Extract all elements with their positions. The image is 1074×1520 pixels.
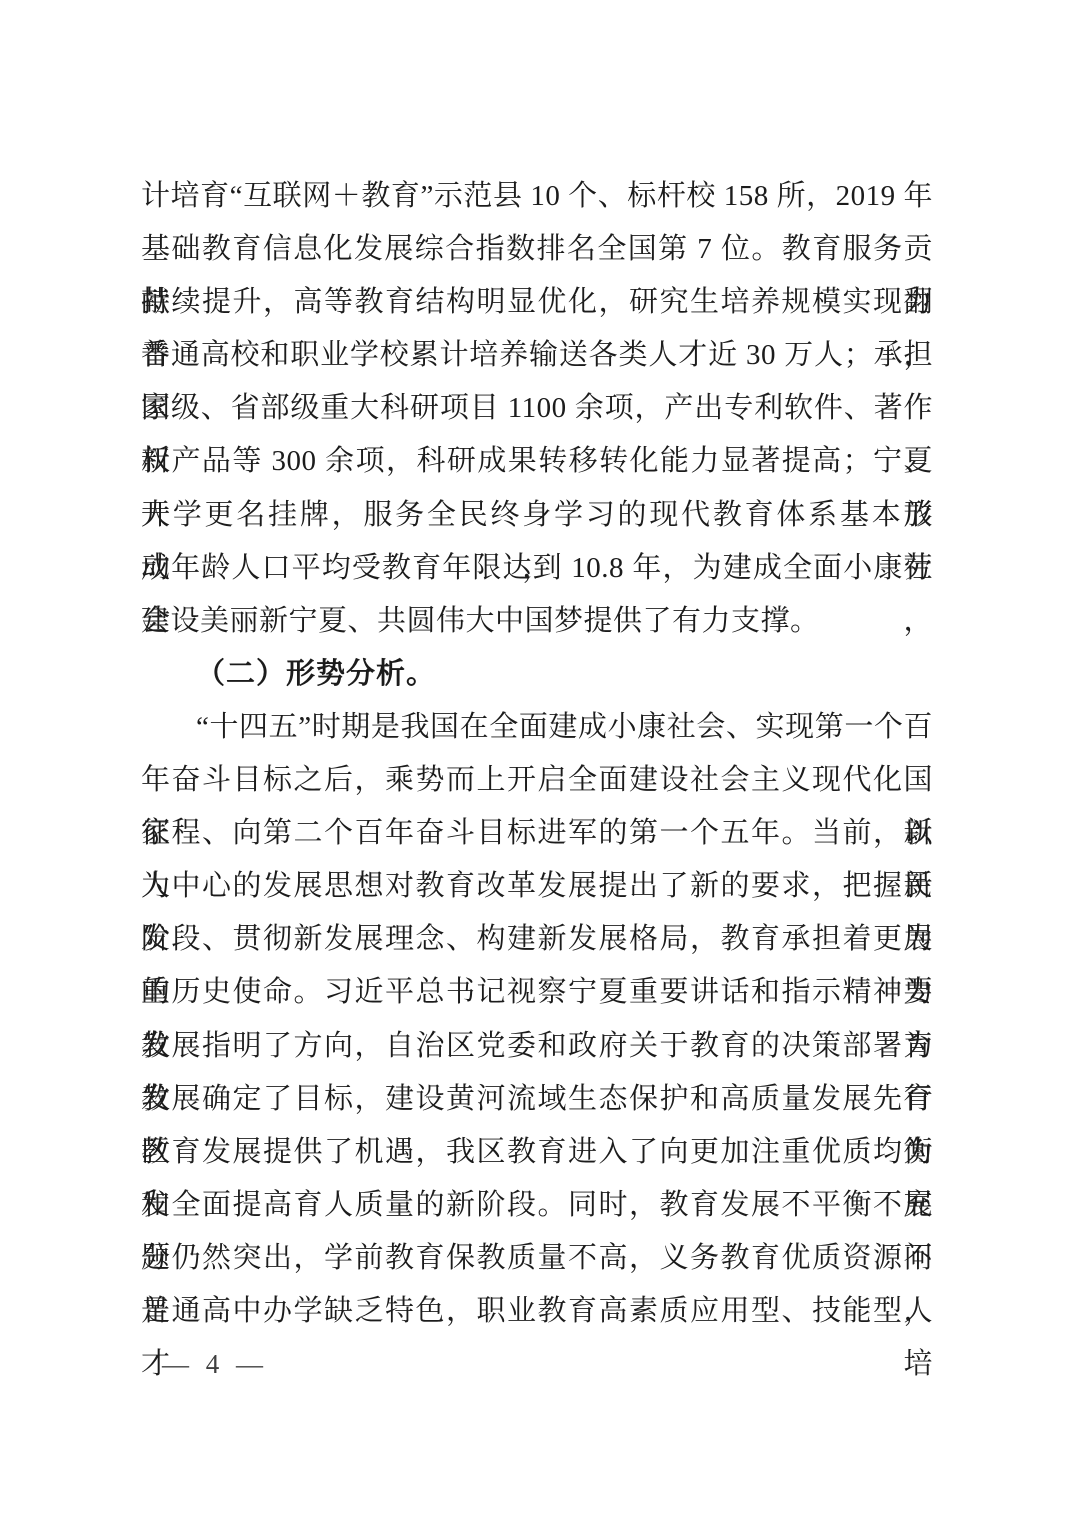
text-line-17: 发展指明了方向，自治区党委和政府关于教育的决策部署为教育 [141, 1020, 933, 1073]
text-line-5: 家级、省部级重大科研项目 1100 余项，产出专利软件、著作权、 [141, 382, 933, 435]
text-line-12: 年奋斗目标之后，乘势而上开启全面建设社会主义现代化国家新 [141, 754, 933, 807]
text-line-7: 大学更名挂牌，服务全民终身学习的现代教育体系基本形成，劳 [141, 489, 933, 542]
body-text: 计培育“互联网＋教育”示范县 10 个、标杆校 158 所，2019 年 基础教… [141, 170, 933, 1338]
text-line-2: 基础教育信息化发展综合指数排名全国第 7 位。教育服务贡献力 [141, 223, 933, 276]
text-line-22: 普通高中办学缺乏特色，职业教育高素质应用型、技能型人才培 [141, 1285, 933, 1338]
text-line-9: 建设美丽新宁夏、共圆伟大中国梦提供了有力支撑。 [141, 595, 933, 648]
text-line-19: 教育发展提供了机遇，我区教育进入了向更加注重优质均衡发展 [141, 1126, 933, 1179]
text-line-4: 普通高校和职业学校累计培养输送各类人才近 30 万人；承担国 [141, 329, 933, 382]
text-line-15: 阶段、贯彻新发展理念、构建新发展格局，教育承担着更为重要 [141, 913, 933, 966]
section-heading: （二）形势分析。 [141, 648, 933, 701]
text-line-18: 发展确定了目标，建设黄河流域生态保护和高质量发展先行区为 [141, 1073, 933, 1126]
text-line-14: 为中心的发展思想对教育改革发展提出了新的要求，把握新发展 [141, 860, 933, 913]
page-number: — 4 — [162, 1344, 265, 1384]
text-line-3: 持续提升，高等教育结构明显优化，研究生培养规模实现翻番， [141, 276, 933, 329]
text-line-16: 的历史使命。习近平总书记视察宁夏重要讲话和指示精神为教育 [141, 966, 933, 1019]
text-line-11: “十四五”时期是我国在全面建成小康社会、实现第一个百 [141, 701, 933, 754]
text-line-1: 计培育“互联网＋教育”示范县 10 个、标杆校 158 所，2019 年 [141, 170, 933, 223]
text-line-20: 和全面提高育人质量的新阶段。同时，教育发展不平衡不充分问 [141, 1179, 933, 1232]
document-page: 计培育“互联网＋教育”示范县 10 个、标杆校 158 所，2019 年 基础教… [0, 0, 1074, 1520]
text-line-6: 新产品等 300 余项，科研成果转移转化能力显著提高；宁夏开放 [141, 435, 933, 488]
text-line-21: 题仍然突出，学前教育保教质量不高，义务教育优质资源不足， [141, 1232, 933, 1285]
text-line-8: 动年龄人口平均受教育年限达到 10.8 年，为建成全面小康社会， [141, 542, 933, 595]
text-line-13: 征程、向第二个百年奋斗目标进军的第一个五年。当前，以人民 [141, 807, 933, 860]
